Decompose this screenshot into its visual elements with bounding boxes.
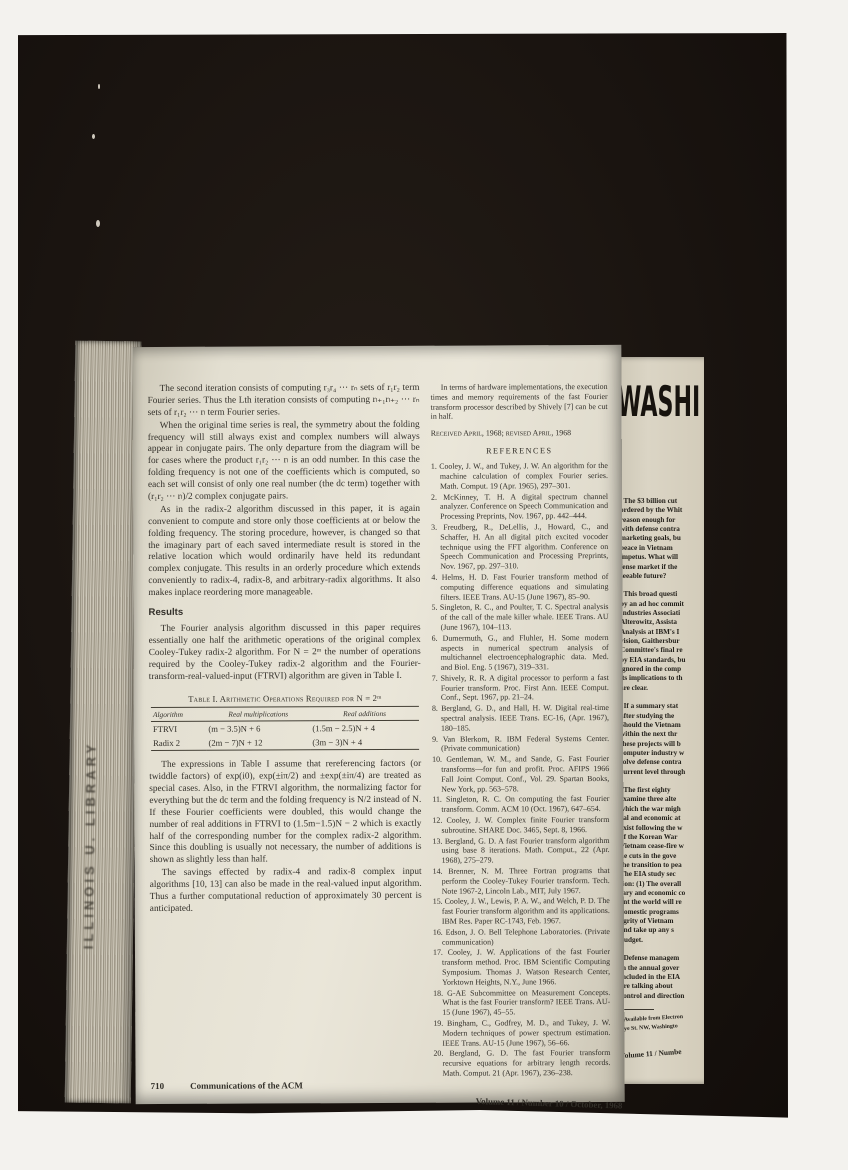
clipped-text-line <box>620 581 704 590</box>
clipped-text-line: The first eighty <box>620 786 704 795</box>
clipped-text-line: by an ad hoc commit <box>620 600 704 609</box>
reference-item: 5. Singleton, R. C., and Poulter, T. C. … <box>431 602 608 632</box>
reference-item: 12. Cooley, J. W. Complex finite Fourier… <box>432 815 609 835</box>
clipped-text-line: impetus. What will <box>620 553 704 562</box>
col-header-multiplications: Real multiplications <box>206 707 310 722</box>
table-1: Table I. Arithmetic Operations Required … <box>151 693 419 752</box>
clipped-text-line: are clear. <box>620 684 704 693</box>
table-1-grid: Algorithm Real multiplications Real addi… <box>151 706 419 752</box>
clipped-text-line: tion: (1) The overall <box>620 880 704 889</box>
clipped-text-line: domestic programs <box>620 908 704 917</box>
clipped-text-line: in the annual gover <box>620 964 704 973</box>
adjacent-page: WASHI The $3 billion cutordered by the W… <box>611 357 704 1084</box>
adjacent-page-footer: Volume 11 / Numbe <box>620 1045 704 1061</box>
page-number: 710 <box>151 1081 165 1091</box>
clipped-text-line: fense market if the <box>620 563 704 572</box>
footnote-lines: * Available from ElectronEye St. NW, Was… <box>620 1012 704 1035</box>
references-heading: REFERENCES <box>431 446 608 457</box>
clipped-text-line: The EIA study sec <box>620 870 704 879</box>
adjacent-page-lines: The $3 billion cutordered by the Whitrea… <box>620 497 704 1001</box>
cell-algorithm: Radix 2 <box>151 736 206 751</box>
adjacent-page-text-column: The $3 billion cutordered by the Whitrea… <box>620 497 704 1058</box>
clipped-text-line: examine three alte <box>620 795 704 804</box>
clipped-text-line: Committee's final re <box>620 646 704 655</box>
col-header-additions: Real additions <box>310 706 419 721</box>
clipped-text-line: control and direction <box>620 992 704 1001</box>
reference-item: 14. Brenner, N. M. Three Fortran program… <box>433 866 610 896</box>
table-body: FTRVI (m − 3.5)N + 6 (1.5m − 2.5)N + 4 R… <box>151 721 419 751</box>
reference-item: 4. Helms, H. D. Fast Fourier transform m… <box>431 572 608 602</box>
body-paragraph: As in the radix-2 algorithm discussed in… <box>148 504 420 600</box>
table-row: FTRVI (m − 3.5)N + 6 (1.5m − 2.5)N + 4 <box>151 721 419 737</box>
clipped-text-line: after studying the <box>620 712 704 721</box>
clipped-text-line: cal and economic at <box>620 814 704 823</box>
reference-item: 17. Cooley, J. W. Applications of the fa… <box>433 947 610 987</box>
clipped-text-line: solve defense contra <box>620 758 704 767</box>
clipped-text-line: are talking about <box>620 982 704 991</box>
two-column-layout: The second iteration consists of computi… <box>148 382 611 1081</box>
clipped-text-line: within the next thr <box>620 730 704 739</box>
clipped-text-line: Industries Associati <box>620 609 704 618</box>
clipped-text-line: and take up any s <box>620 926 704 935</box>
clipped-text-line: ordered by the Whit <box>620 506 704 515</box>
reference-item: 18. G-AE Subcommittee on Measurement Con… <box>433 988 610 1018</box>
clipped-text-line: Should the Vietnam <box>620 721 704 730</box>
library-stamp: ILLINOIS U. LIBRARY <box>81 741 99 950</box>
clipped-text-line: Vietnam cease-fire w <box>620 842 704 851</box>
results-heading: Results <box>148 606 420 619</box>
clipped-text-line: budget. <box>620 936 704 945</box>
clipped-text-line: computer industry w <box>620 749 704 758</box>
post-table-paragraphs: The expressions in Table I assume that r… <box>149 759 422 916</box>
clipped-text-line: the transition to pea <box>620 861 704 870</box>
clipped-text-line: these projects will b <box>620 740 704 749</box>
clipped-text-line: tary and economic co <box>620 889 704 898</box>
clipped-text-line: its implications to th <box>620 674 704 683</box>
left-column: The second iteration consists of computi… <box>148 383 423 1081</box>
clipped-text-line: current level through <box>620 768 704 777</box>
clipped-text-line: with defense contra <box>620 525 704 534</box>
reference-item: 9. Van Blerkom, R. IBM Federal Systems C… <box>432 734 609 754</box>
hardware-paragraph: In terms of hardware implementations, th… <box>431 382 608 422</box>
reference-item: 6. Dumermuth, G., and Fluhler, H. Some m… <box>432 633 609 673</box>
clipped-text-line: egrity of Vietnam <box>620 917 704 926</box>
reference-item: 15. Cooley, J. W., Lewis, P. A. W., and … <box>433 896 610 926</box>
clipped-text-line: This broad questi <box>620 590 704 599</box>
cell-algorithm: FTRVI <box>151 721 206 736</box>
reference-item: 3. Freudberg, R., DeLellis, J., Howard, … <box>431 522 608 572</box>
results-paragraph: The Fourier analysis algorithm discussed… <box>149 623 421 684</box>
table-row: Radix 2 (2m − 7)N + 12 (3m − 3)N + 4 <box>151 735 419 751</box>
reference-item: 7. Shively, R. R. A digital processor to… <box>432 673 609 703</box>
reference-item: 13. Bergland, G. D. A fast Fourier trans… <box>432 836 609 866</box>
reference-item: 16. Edson, J. O. Bell Telephone Laborato… <box>433 927 610 947</box>
clipped-text-line <box>620 945 704 954</box>
scan-artifact <box>98 84 100 89</box>
clipped-text-line <box>620 693 704 702</box>
scanned-book-photo: ILLINOIS U. LIBRARY The second iteration… <box>0 0 848 1170</box>
cell-additions: (3m − 3)N + 4 <box>310 735 419 750</box>
body-paragraph: The second iteration consists of computi… <box>148 383 420 420</box>
clipped-text-line: reason enough for <box>620 516 704 525</box>
left-column-paragraphs: The second iteration consists of computi… <box>148 383 421 600</box>
reference-item: 1. Cooley, J. W., and Tukey, J. W. An al… <box>431 461 608 491</box>
clipped-text-line: ent the world will re <box>620 898 704 907</box>
clipped-text-line: vision, Gaithersbur <box>620 637 704 646</box>
references-list: 1. Cooley, J. W., and Tukey, J. W. An al… <box>431 461 611 1078</box>
clipped-text-line: included in the EIA <box>620 973 704 982</box>
cell-additions: (1.5m − 2.5)N + 4 <box>310 721 419 736</box>
body-paragraph: The expressions in Table I assume that r… <box>149 759 421 867</box>
washington-headline-fragment: WASHI <box>617 379 700 427</box>
table-1-caption: Table I. Arithmetic Operations Required … <box>151 693 419 705</box>
body-paragraph: When the original time series is real, t… <box>148 419 420 503</box>
right-column: In terms of hardware implementations, th… <box>431 382 611 1080</box>
clipped-text-line: ignored in the comp <box>620 665 704 674</box>
adjacent-page-footnote: * Available from ElectronEye St. NW, Was… <box>620 1012 704 1035</box>
clipped-text-line: seeable future? <box>620 572 704 581</box>
body-paragraph: The savings effected by radix-4 and radi… <box>150 867 422 916</box>
table-header-row: Algorithm Real multiplications Real addi… <box>151 706 419 722</box>
clipped-text-line: he cuts in the gove <box>620 852 704 861</box>
col-header-algorithm: Algorithm <box>151 707 206 722</box>
clipped-text-line: If a summary stat <box>620 702 704 711</box>
reference-item: 20. Bergland, G. D. The fast Fourier tra… <box>433 1048 610 1078</box>
clipped-text-line: Defense managem <box>620 954 704 963</box>
reference-item: 8. Bergland, G. D., and Hall, H. W. Digi… <box>432 703 609 733</box>
clipped-text-line: of the Korean War <box>620 833 704 842</box>
reference-item: 10. Gentleman, W. M., and Sande, G. Fast… <box>432 754 609 794</box>
scan-artifact <box>96 220 100 227</box>
clipped-text-line: exist following the w <box>620 824 704 833</box>
journal-name: Communications of the ACM <box>190 1080 303 1090</box>
footnote-rule <box>620 1009 654 1010</box>
book-page-edges: ILLINOIS U. LIBRARY <box>65 341 142 1104</box>
clipped-text-line: marketing goals, bu <box>620 534 704 543</box>
clipped-text-line: by EIA standards, bu <box>620 656 704 665</box>
journal-page: The second iteration consists of computi… <box>132 345 624 1104</box>
clipped-text-line: peace in Vietnam <box>620 544 704 553</box>
clipped-text-line: which the war migh <box>620 805 704 814</box>
reference-item: 11. Singleton, R. C. On computing the fa… <box>432 794 609 814</box>
cell-multiplications: (m − 3.5)N + 6 <box>206 721 310 736</box>
reference-item: 2. McKinney, T. H. A digital spectrum ch… <box>431 492 608 522</box>
clipped-text-line: Alterowitz, Assista <box>620 618 704 627</box>
reference-item: 19. Bingham, C., Godfrey, M. D., and Tuk… <box>433 1018 610 1048</box>
scan-artifact <box>92 134 95 139</box>
clipped-text-line <box>620 777 704 786</box>
received-line: Received April, 1968; revised April, 196… <box>431 428 608 439</box>
clipped-text-line: The $3 billion cut <box>620 497 704 506</box>
cell-multiplications: (2m − 7)N + 12 <box>206 736 310 751</box>
clipped-text-line: Analysis at IBM's I <box>620 628 704 637</box>
page-footer-left: 710Communications of the ACM <box>151 1080 303 1091</box>
